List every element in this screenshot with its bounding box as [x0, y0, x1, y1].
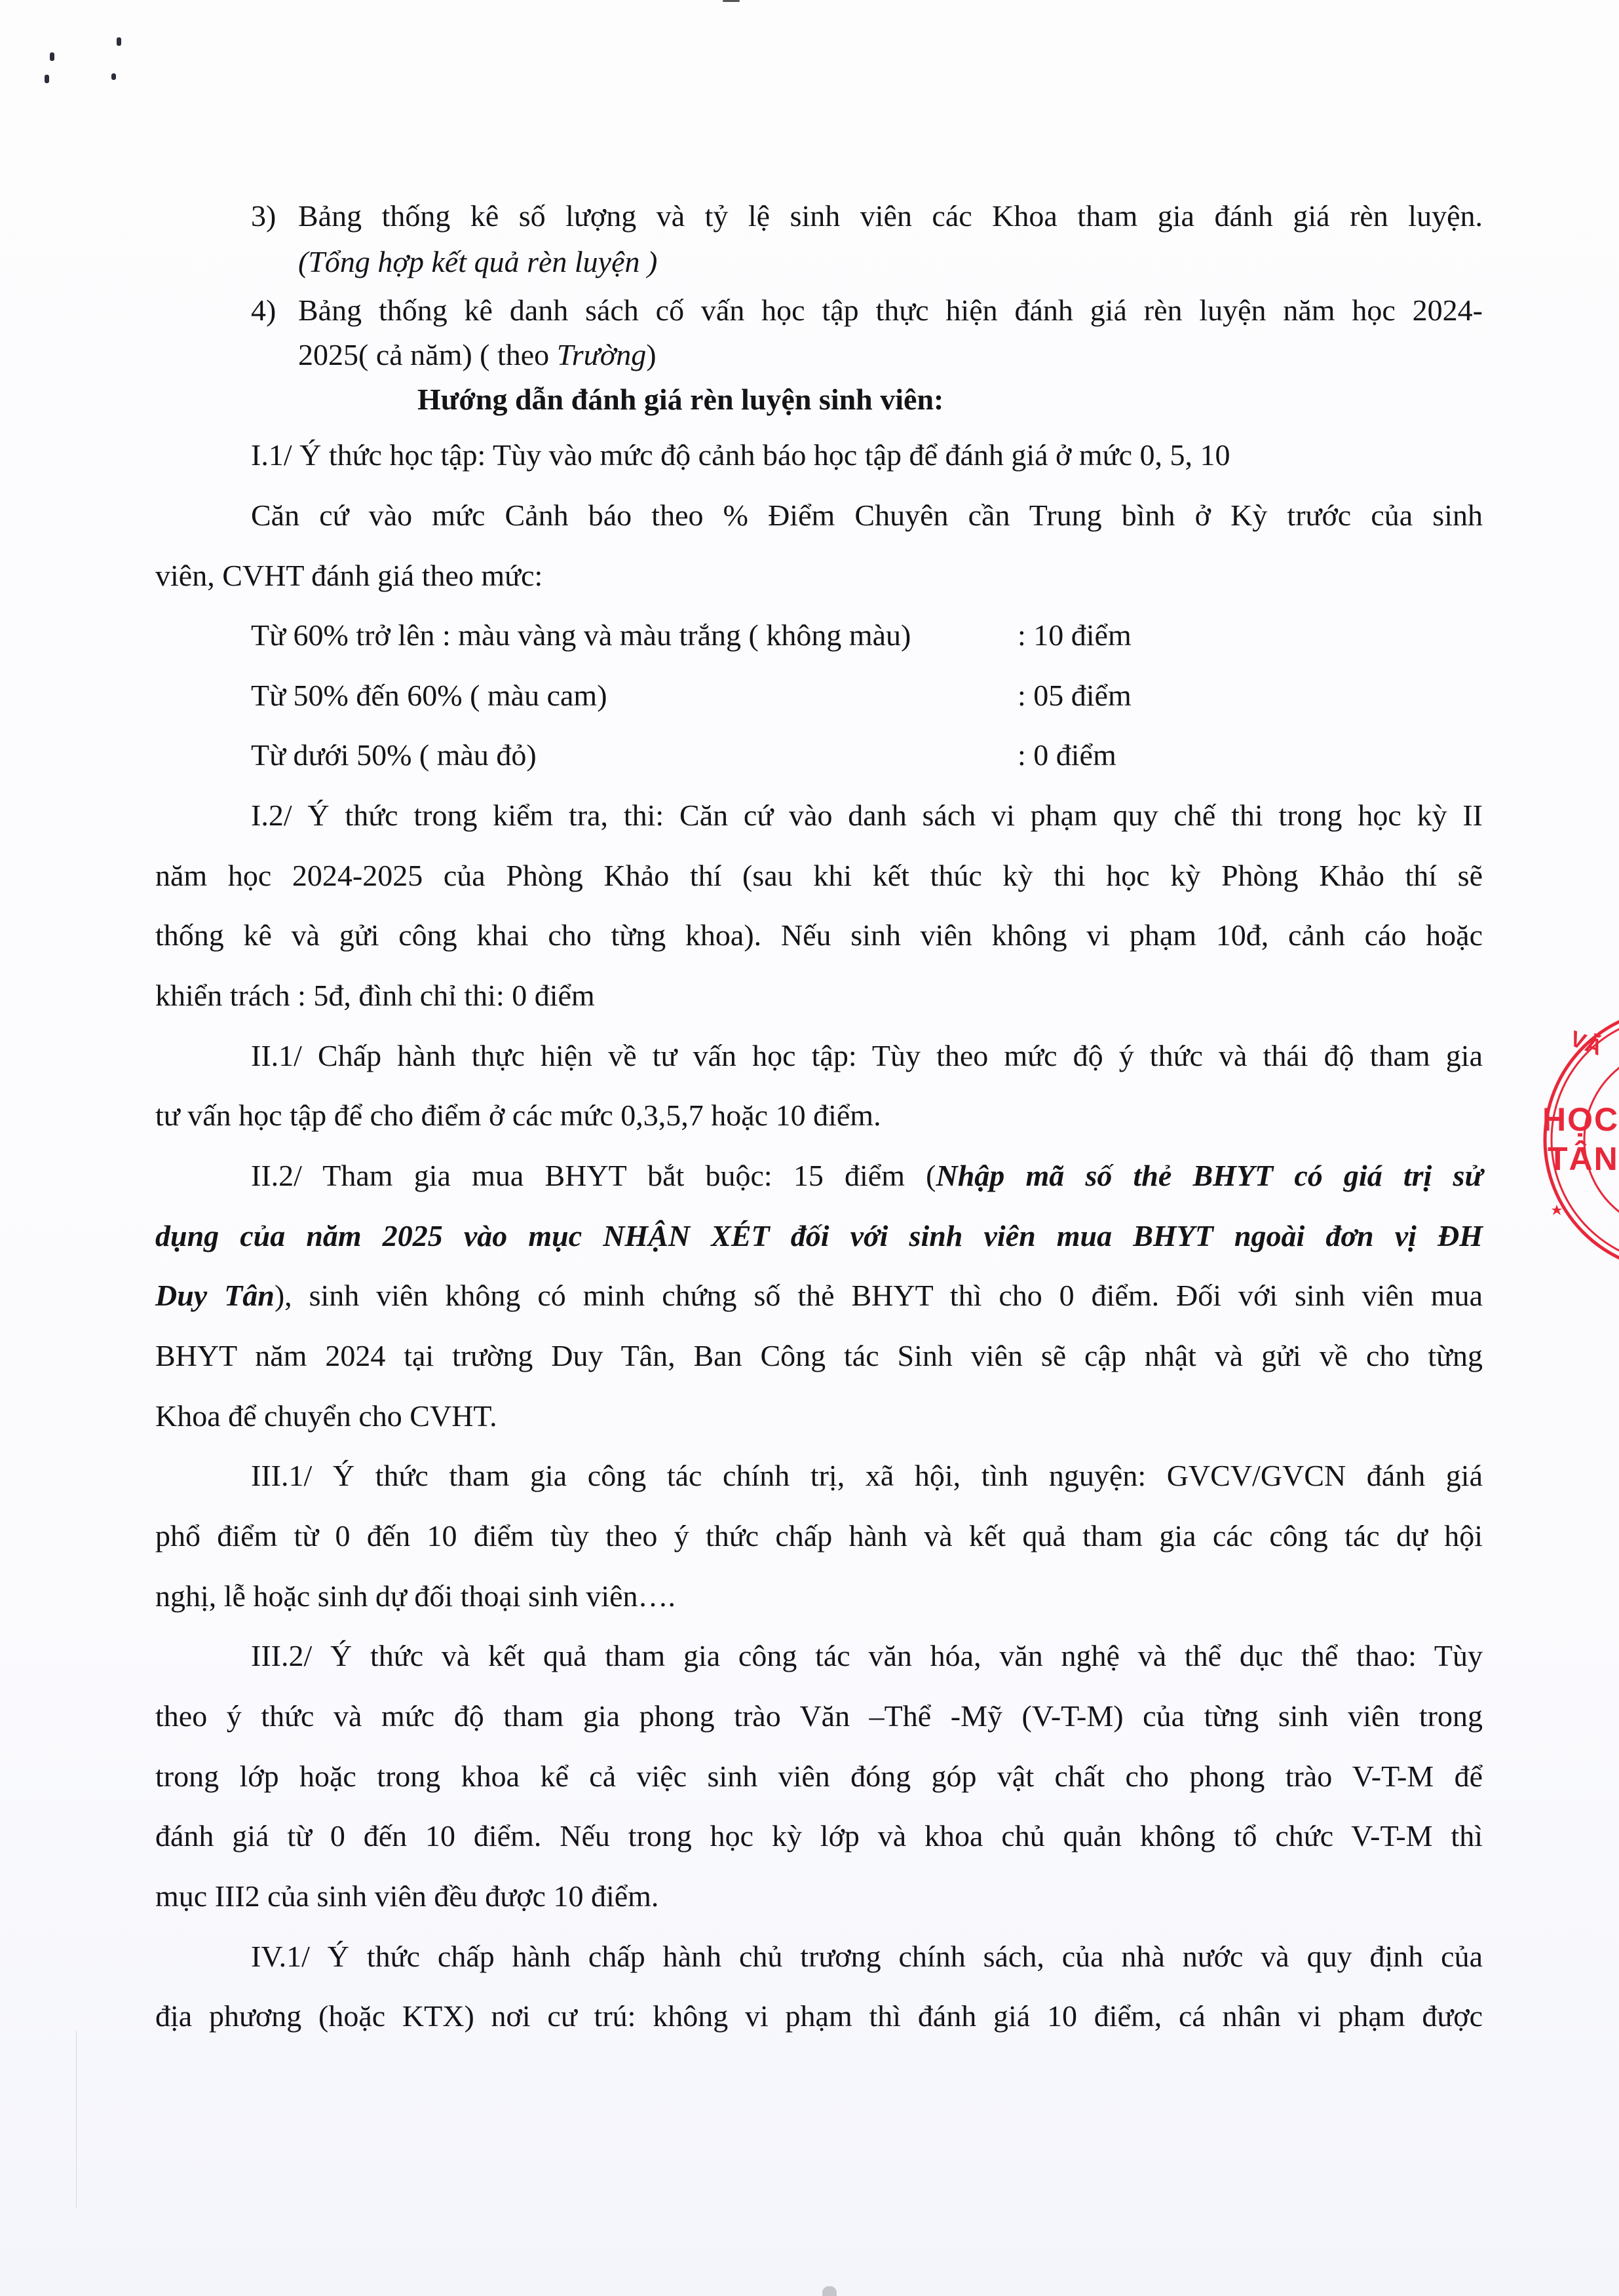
section-I2-line2: năm học 2024-2025 của Phòng Khảo thí (sa… — [155, 857, 1483, 894]
section-II2-line1: II.2/ Tham gia mua BHYT bắt buộc: 15 điể… — [251, 1157, 1483, 1194]
section-I1-line2: Căn cứ vào mức Cảnh báo theo % Điểm Chuy… — [251, 497, 1483, 534]
section-II2-line2: dụng của năm 2025 vào mục NHẬN XÉT đối v… — [155, 1218, 1483, 1254]
level-range-1: Từ 60% trở lên : màu vàng và màu trắng (… — [251, 617, 911, 654]
official-stamp: VĂ HỌC TÂN — [1538, 1002, 1619, 1277]
stamp-line2: TÂN — [1548, 1140, 1619, 1178]
fold-line — [76, 2031, 77, 2208]
section-III1-line3: nghị, lễ hoặc sinh dự đối thoại sinh viê… — [155, 1578, 676, 1615]
section-III1-line2: phổ điểm từ 0 đến 10 điểm tùy theo ý thứ… — [155, 1518, 1483, 1554]
section-III2-line2: theo ý thức và mức độ tham gia phong trà… — [155, 1698, 1483, 1735]
section-III2-line1: III.2/ Ý thức và kết quả tham gia công t… — [251, 1638, 1483, 1674]
stamp-line1: HỌC — [1542, 1101, 1619, 1139]
section-II2-line5: Khoa để chuyển cho CVHT. — [155, 1398, 497, 1435]
section-IV1-line2: địa phương (hoặc KTX) nơi cư trú: không … — [155, 1998, 1483, 2035]
section-II1-line2: tư vấn học tập để cho điểm ở các mức 0,3… — [155, 1097, 881, 1134]
list-item-3-note: (Tổng hợp kết quả rèn luyện ) — [298, 244, 657, 280]
section-III2-line4: đánh giá từ 0 đến 10 điểm. Nếu trong học… — [155, 1818, 1483, 1854]
bottom-scan-mark — [822, 2286, 837, 2296]
list-item-3-line1: Bảng thống kê số lượng và tỷ lệ sinh viê… — [298, 198, 1483, 235]
section-I2-line4: khiển trách : 5đ, đình chỉ thi: 0 điểm — [155, 977, 595, 1014]
section-III2-line5: mục III2 của sinh viên đều được 10 điểm. — [155, 1878, 658, 1915]
level-score-3: : 0 điểm — [1018, 737, 1116, 774]
list-item-4-line2: 2025( cả năm) ( theo Trường) — [298, 337, 657, 373]
section-III1-line1: III.1/ Ý thức tham gia công tác chính tr… — [251, 1458, 1483, 1494]
list-number-3: 3) — [251, 198, 276, 235]
section-I2-line1: I.2/ Ý thức trong kiểm tra, thi: Căn cứ … — [251, 797, 1483, 834]
section-III2-line3: trong lớp hoặc trong khoa kể cả việc sin… — [155, 1758, 1483, 1795]
section-I1-line3: viên, CVHT đánh giá theo mức: — [155, 557, 543, 594]
section-I2-line3: thống kê và gửi công khai cho từng khoa)… — [155, 917, 1483, 954]
level-score-2: : 05 điểm — [1018, 677, 1132, 714]
section-II2-line3: Duy Tân), sinh viên không có minh chứng … — [155, 1277, 1483, 1314]
section-IV1-line1: IV.1/ Ý thức chấp hành chấp hành chủ trư… — [251, 1938, 1483, 1975]
section-II1-line1: II.1/ Chấp hành thực hiện về tư vấn học … — [251, 1038, 1483, 1074]
level-score-1: : 10 điểm — [1018, 617, 1132, 654]
section-I1-title: I.1/ Ý thức học tập: Tùy vào mức độ cảnh… — [251, 437, 1230, 474]
level-range-2: Từ 50% đến 60% ( màu cam) — [251, 677, 607, 714]
list-number-4: 4) — [251, 292, 276, 329]
scanned-page: 3) Bảng thống kê số lượng và tỷ lệ sinh … — [0, 0, 1619, 2296]
section-II2-line4: BHYT năm 2024 tại trường Duy Tân, Ban Cô… — [155, 1338, 1483, 1374]
guide-heading: Hướng dẫn đánh giá rèn luyện sinh viên: — [417, 381, 943, 418]
top-scan-mark — [723, 0, 740, 2]
level-range-3: Từ dưới 50% ( màu đỏ) — [251, 737, 537, 774]
list-item-4-line1: Bảng thống kê danh sách cố vấn học tập t… — [298, 292, 1483, 329]
